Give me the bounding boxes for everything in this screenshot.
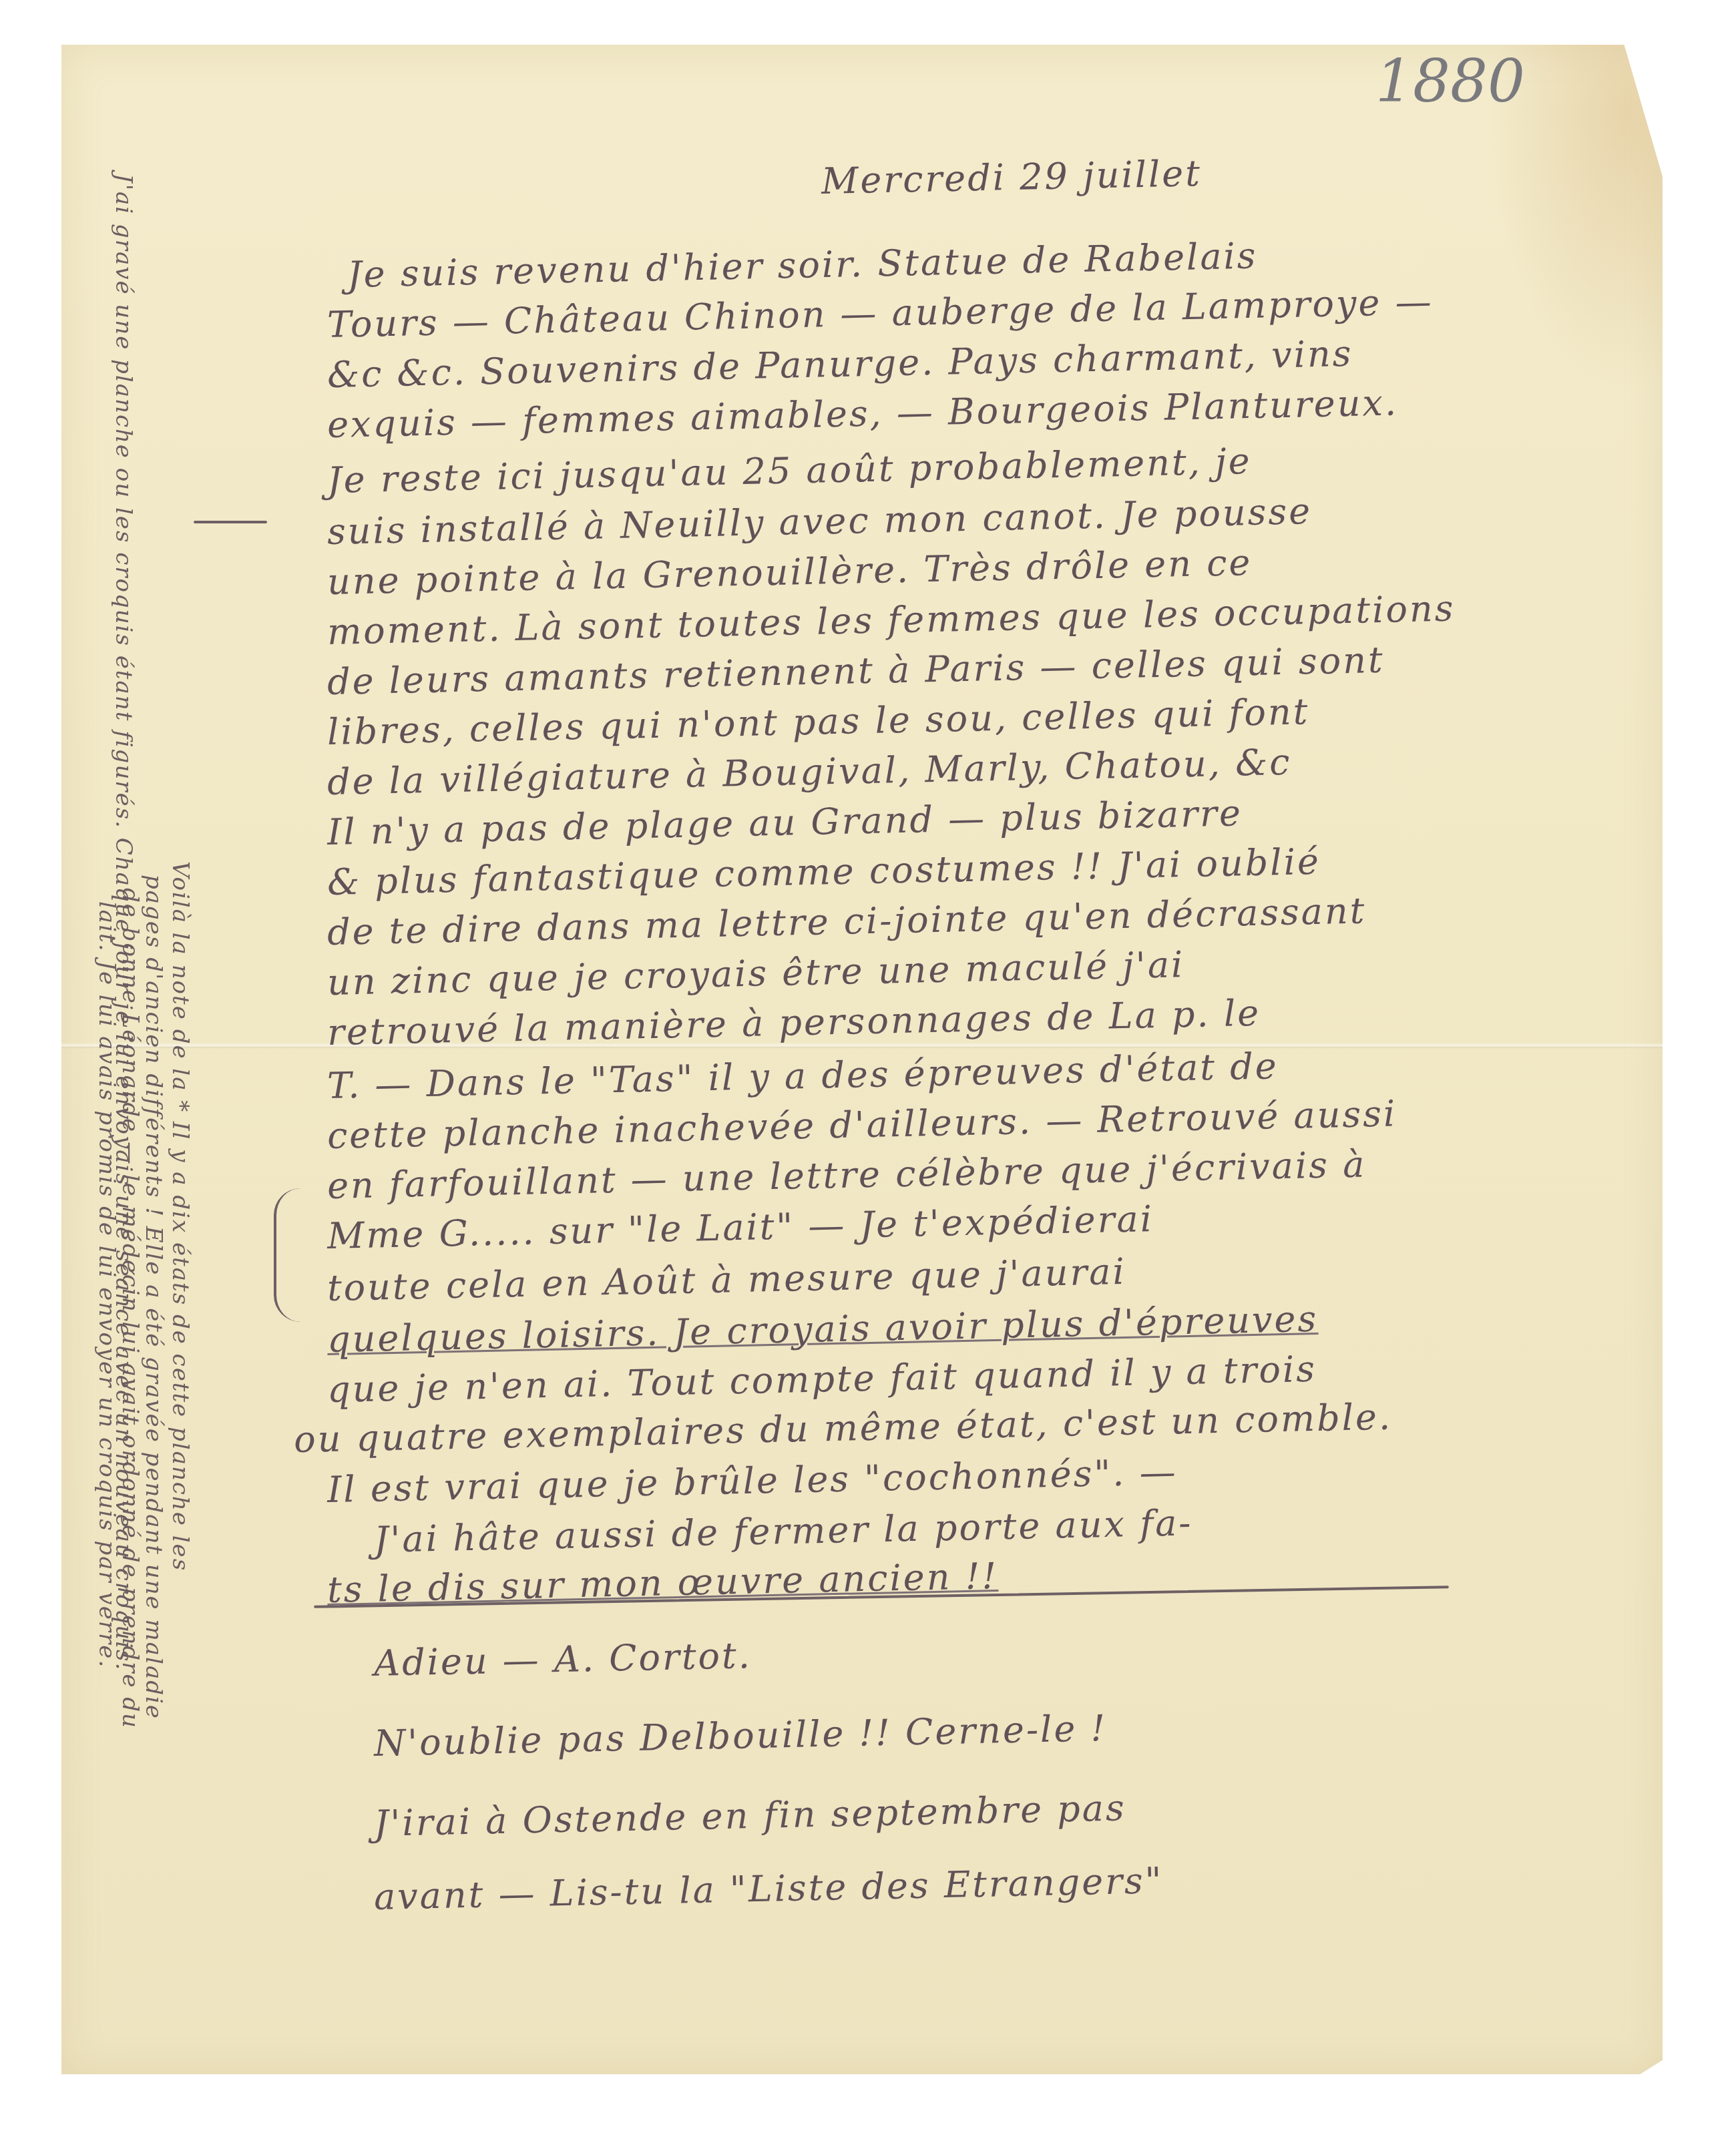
margin-bracket — [274, 1188, 303, 1322]
margin-note-inner-4: lait. Je lui avais promis de lui envoyer… — [93, 901, 120, 1668]
margin-note-inner-2: pages d'ancien différents ! Elle a été g… — [140, 875, 167, 1720]
margin-note-inner-1: Voilà la note de la * Il y a dix états d… — [167, 861, 194, 1572]
year-annotation: 1880 — [1375, 47, 1525, 115]
margin-note-inner-3: de bonne Léonarde — le médecin lui avait… — [117, 888, 144, 1729]
date-line: Mercredi 29 juillet — [821, 152, 1202, 202]
margin-dash — [194, 521, 267, 523]
signature-line: Adieu — A. Cortot. — [373, 1634, 752, 1684]
